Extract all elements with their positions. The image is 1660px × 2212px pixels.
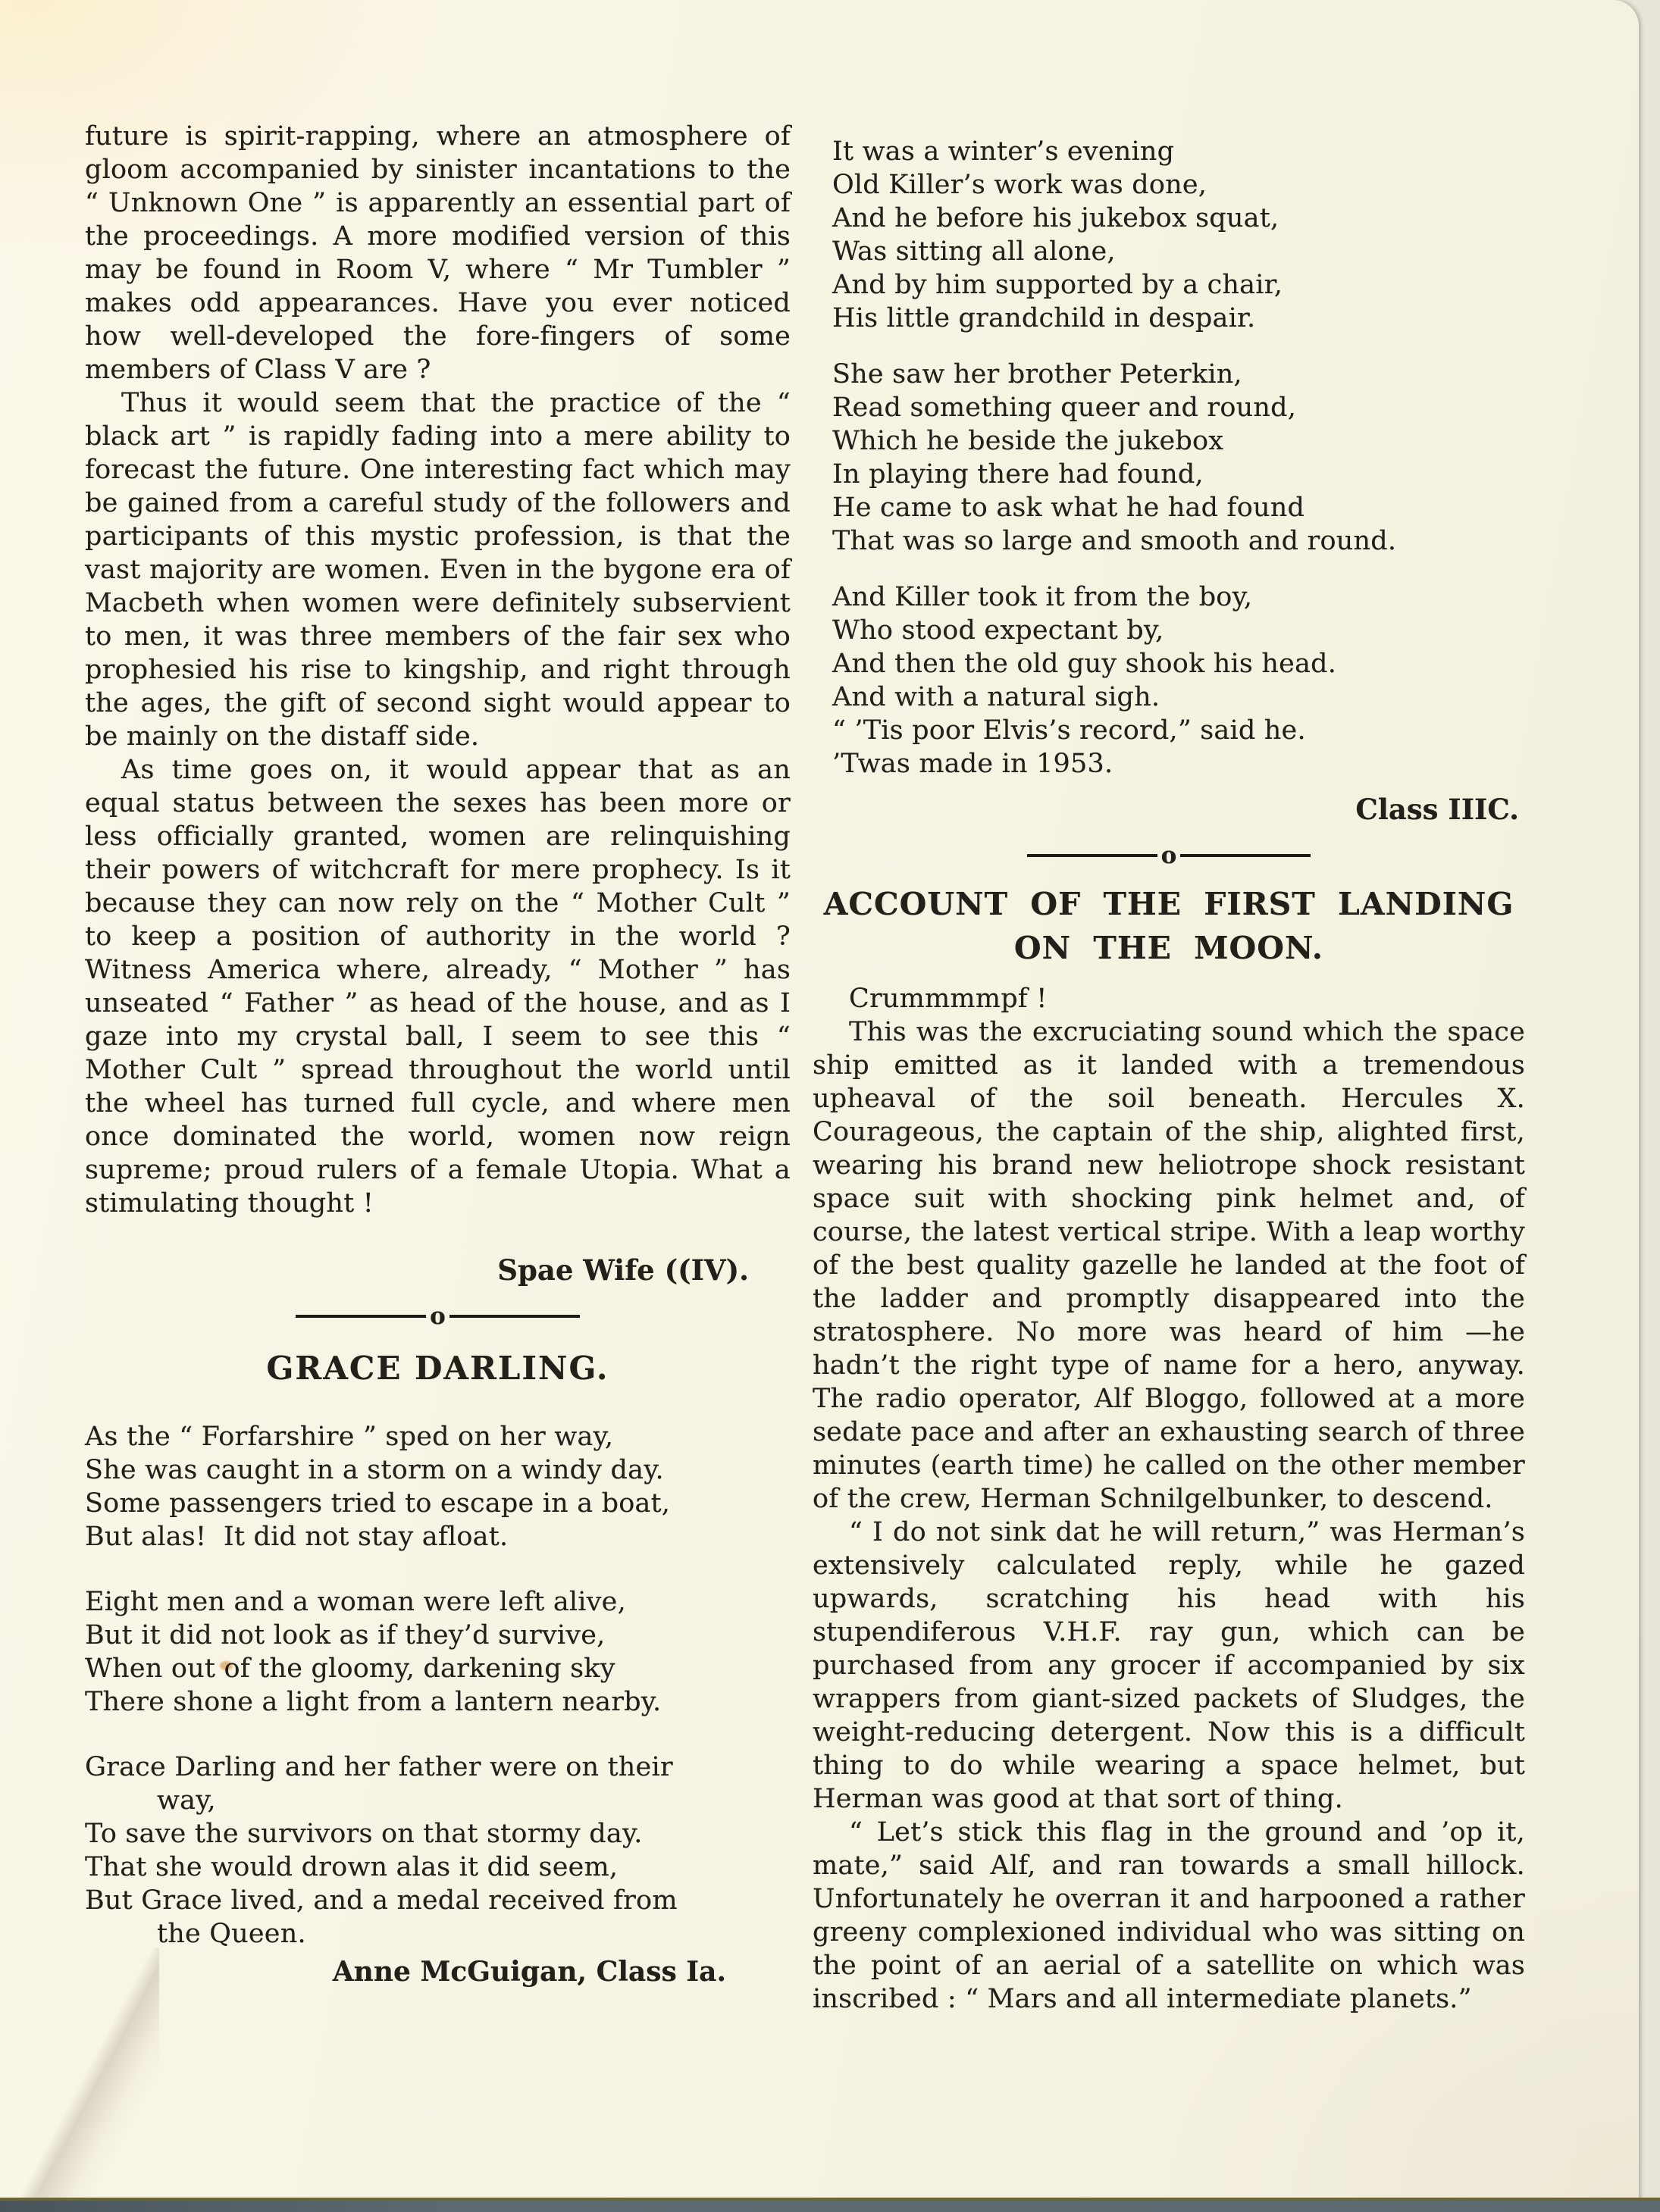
- poem-line: As the “ Forfarshire ” sped on her way,: [85, 1420, 791, 1453]
- poem-line: But alas! It did not stay afloat.: [85, 1520, 791, 1553]
- poem-line: ’Twas made in 1953.: [832, 747, 1525, 781]
- scanner-edge-strip: [0, 2198, 1660, 2212]
- article-paragraph: This was the excruciating sound which th…: [813, 1015, 1525, 1516]
- poem-line: When out of the gloomy, darkening sky: [85, 1652, 791, 1685]
- poem-line: way,: [85, 1784, 791, 1817]
- divider-ornament: o: [430, 1312, 446, 1320]
- article-paragraph: Thus it would seem that the practice of …: [85, 386, 791, 753]
- poem-line: But Grace lived, and a medal received fr…: [85, 1884, 791, 1917]
- article-paragraph: Crummmmpf !: [813, 982, 1525, 1015]
- scanned-magazine-page: future is spirit-rapping, where an atmos…: [0, 0, 1660, 2212]
- poem-line: Eight men and a woman were left alive,: [85, 1585, 791, 1619]
- poem-line: Who stood expectant by,: [832, 614, 1525, 647]
- divider-line: [296, 1315, 426, 1318]
- left-column: future is spirit-rapping, where an atmos…: [85, 120, 791, 1988]
- poem-line: Read something queer and round,: [832, 391, 1525, 424]
- article-title: ACCOUNT OF THE FIRST LANDING ON THE MOON…: [813, 882, 1525, 970]
- poem-stanza: Grace Darling and her father were on the…: [85, 1751, 791, 1951]
- right-column: It was a winter’s evening Old Killer’s w…: [813, 129, 1525, 2016]
- poem-line: She was caught in a storm on a windy day…: [85, 1453, 791, 1487]
- poem-line: And by him supported by a chair,: [832, 268, 1525, 302]
- article-paragraph: As time goes on, it would appear that as…: [85, 753, 791, 1220]
- author-byline: Spae Wife ((IV).: [85, 1253, 791, 1287]
- divider-line: [1027, 854, 1157, 857]
- poem-line: She saw her brother Peterkin,: [832, 358, 1525, 391]
- section-divider: o: [813, 852, 1525, 859]
- poem-line: Was sitting all alone,: [832, 235, 1525, 268]
- poem-line: Which he beside the jukebox: [832, 424, 1525, 458]
- poem-line: His little grandchild in despair.: [832, 302, 1525, 335]
- poem-stanza: She saw her brother Peterkin, Read somet…: [832, 358, 1525, 558]
- poem-line: Some passengers tried to escape in a boa…: [85, 1487, 791, 1520]
- poem-line: “ ’Tis poor Elvis’s record,” said he.: [832, 714, 1525, 747]
- section-divider: o: [85, 1312, 791, 1320]
- article-title-line2: ON THE MOON.: [1014, 930, 1323, 966]
- poem-line: the Queen.: [85, 1917, 791, 1951]
- poem-line: That she would drown alas it did seem,: [85, 1851, 791, 1884]
- poem-line: And then the old guy shook his head.: [832, 647, 1525, 680]
- poem-stanza: It was a winter’s evening Old Killer’s w…: [832, 135, 1525, 335]
- poem-line: And he before his jukebox squat,: [832, 202, 1525, 235]
- poem-line: That was so large and smooth and round.: [832, 524, 1525, 558]
- poem-line: But it did not look as if they’d survive…: [85, 1619, 791, 1652]
- article-paragraph: “ I do not sink dat he will return,” was…: [813, 1516, 1525, 1816]
- poem-title: GRACE DARLING.: [85, 1350, 791, 1387]
- divider-line: [1180, 854, 1311, 857]
- divider-ornament: o: [1161, 852, 1177, 859]
- poem-line: There shone a light from a lantern nearb…: [85, 1685, 791, 1719]
- poem-line: Grace Darling and her father were on the…: [85, 1751, 791, 1784]
- poem-line: To save the survivors on that stormy day…: [85, 1817, 791, 1851]
- article-title-line1: ACCOUNT OF THE FIRST LANDING: [824, 886, 1514, 922]
- poem-stanza: As the “ Forfarshire ” sped on her way, …: [85, 1420, 791, 1553]
- author-byline: Class IIIC.: [813, 793, 1525, 826]
- poem-stanza: And Killer took it from the boy, Who sto…: [832, 580, 1525, 781]
- poem-line: And Killer took it from the boy,: [832, 580, 1525, 614]
- poem-line: And with a natural sigh.: [832, 680, 1525, 714]
- poem-line: In playing there had found,: [832, 458, 1525, 491]
- poem-line: He came to ask what he had found: [832, 491, 1525, 524]
- divider-line: [449, 1315, 580, 1318]
- poem-line: Old Killer’s work was done,: [832, 168, 1525, 202]
- poem-stanza: Eight men and a woman were left alive, B…: [85, 1585, 791, 1719]
- article-paragraph: future is spirit-rapping, where an atmos…: [85, 120, 791, 386]
- author-byline: Anne McGuigan, Class Ia.: [85, 1955, 791, 1988]
- jukebox-poem: It was a winter’s evening Old Killer’s w…: [813, 129, 1525, 781]
- article-paragraph: “ Let’s stick this flag in the ground an…: [813, 1816, 1525, 2016]
- poem-line: It was a winter’s evening: [832, 135, 1525, 168]
